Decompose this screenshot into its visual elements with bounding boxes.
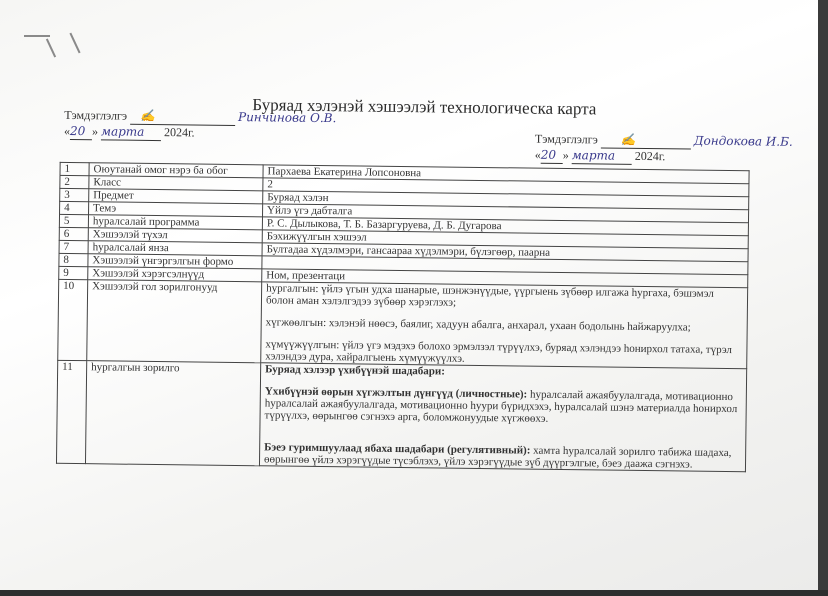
approval-left: Тэмдэглэлгэ ✍ Ринчинова О.В. «20» марта … — [64, 108, 336, 143]
table-row: 11 hургалгын зорилго Буряад хэлээр үхибү… — [56, 360, 746, 471]
row-number: 10 — [58, 279, 88, 360]
row-value: Буряад хэлээр үхибүүнэй шадабари: Үхибүү… — [259, 363, 746, 472]
row-label: hургалгын зорилго — [85, 361, 260, 466]
approval-signature-name: Дондокова И.Б. — [694, 134, 793, 149]
approval-signature-name: Ринчинова О.В. — [238, 110, 336, 125]
skills-regulative: Бэеэ гуримшуулаад ябаха шадабари (регуля… — [264, 441, 741, 471]
lesson-plan-table: 1 Оюутанай омог нэрэ ба обог Пархаева Ек… — [56, 162, 750, 472]
row-number: 3 — [60, 188, 89, 201]
approval-month: марта — [572, 148, 632, 165]
approval-right: Тэмдэглэлгэ ✍ Дондокова И.Б. «20» марта … — [535, 132, 793, 167]
row-number: 1 — [60, 162, 89, 175]
row-number: 8 — [59, 253, 88, 266]
skills-heading: Буряад хэлээр үхибүүнэй шадабари: — [265, 363, 445, 377]
approval-month: марта — [101, 124, 161, 141]
row-number: 5 — [59, 214, 88, 227]
approval-year: 2024г. — [635, 149, 666, 163]
row-number: 6 — [59, 227, 88, 240]
table-row: 10 Хэшээлэй гол зорилгонууд hургалгын: ү… — [58, 279, 748, 368]
row-number: 9 — [59, 266, 88, 279]
approval-label: Тэмдэглэлгэ — [535, 132, 598, 147]
row-value: hургалгын: үйлэ үгын удха шанарые, шэнжэ… — [261, 282, 748, 369]
approval-label: Тэмдэглэлгэ — [64, 108, 127, 123]
row-label: Хэшээлэй гол зорилгонууд — [87, 280, 262, 363]
row-number: 4 — [60, 201, 89, 214]
row-number: 11 — [56, 360, 86, 463]
document: Буряад хэлэнэй хэшээлэй технологическа к… — [0, 0, 822, 595]
skills-personal: Үхибүүнэй өөрын хүгжэлтын дүнгүүд (лично… — [265, 385, 742, 427]
row-number: 2 — [60, 175, 89, 188]
row-number: 7 — [59, 240, 88, 253]
approval-year: 2024г. — [164, 125, 195, 139]
approval-day: 20 — [541, 148, 563, 164]
approval-day: 20 — [70, 124, 92, 140]
